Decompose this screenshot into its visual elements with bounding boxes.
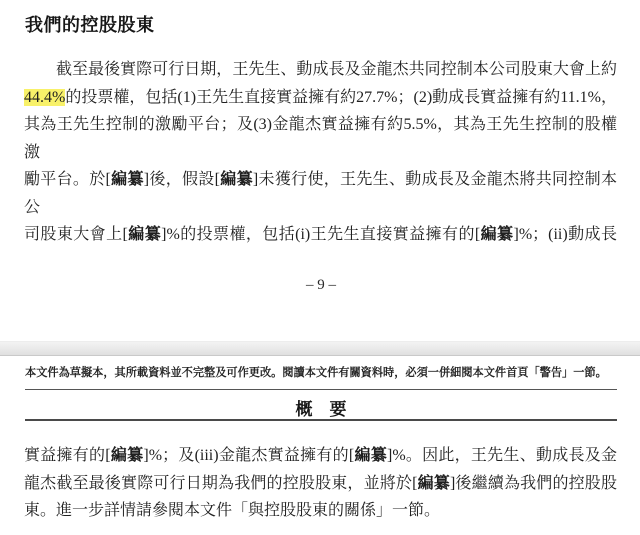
highlighted-voting-percentage: 44.4% (24, 89, 65, 106)
text-segment: 司股東大會上[ (24, 226, 128, 243)
text-line: 東。進一步詳情請參閱本文件「與控股股東的關係」一節。 (24, 497, 617, 525)
text-segment: ]%的投票權，包括(i)王先生直接實益擁有的[ (161, 226, 480, 243)
summary-heading-rule-bottom (25, 419, 617, 421)
prospectus-document-view: 我們的控股股東 截至最後實際可行日期，王先生、動成長及金龍杰共同控制本公司股東大… (0, 0, 640, 535)
paragraph-controlling-shareholders: 截至最後實際可行日期，王先生、動成長及金龍杰共同控制本公司股東大會上約44.4%… (24, 56, 617, 249)
text-segment: ]%；及(iii)金龍杰實益擁有的[ (143, 447, 354, 464)
text-segment: ]後繼續為我們的控股股 (450, 475, 617, 492)
text-segment: 東。進一步詳情請參閱本文件「與控股股東的關係」一節。 (24, 502, 440, 519)
redacted-placeholder: 編纂 (111, 171, 144, 188)
page-divider-band (0, 341, 640, 356)
text-line: 截至最後實際可行日期，王先生、動成長及金龍杰共同控制本公司股東大會上約 (24, 56, 617, 84)
text-segment: 其為王先生控制的激勵平台；及(3)金龍杰實益擁有約5.5%，其為王先生控制的股權… (24, 116, 617, 161)
redacted-placeholder: 編纂 (220, 171, 253, 188)
text-segment: 實益擁有的[ (24, 447, 111, 464)
redacted-placeholder: 編纂 (111, 447, 144, 464)
text-line: 實益擁有的[編纂]%；及(iii)金龍杰實益擁有的[編纂]%。因此，王先生、動成… (24, 442, 617, 470)
page-number: – 9 – (25, 277, 617, 294)
text-segment: 截至最後實際可行日期，王先生、動成長及金龍杰共同控制本公司股東大會上約 (56, 61, 617, 78)
text-segment: 龍杰截至最後實際可行日期為我們的控股股東，並將於[ (24, 475, 417, 492)
paragraph-summary-continuation: 實益擁有的[編纂]%；及(iii)金龍杰實益擁有的[編纂]%。因此，王先生、動成… (24, 442, 617, 525)
text-segment: 勵平台。於[ (24, 171, 111, 188)
text-line: 司股東大會上[編纂]%的投票權，包括(i)王先生直接實益擁有的[編纂]%；(ii… (24, 221, 617, 249)
text-line: 44.4%的投票權，包括(1)王先生直接實益擁有約27.7%；(2)動成長實益擁… (24, 84, 617, 112)
text-line: 龍杰截至最後實際可行日期為我們的控股股東，並將於[編纂]後繼續為我們的控股股 (24, 470, 617, 498)
redacted-placeholder: 編纂 (354, 447, 387, 464)
redacted-placeholder: 編纂 (128, 226, 161, 243)
summary-heading-rule-top (25, 389, 617, 390)
summary-section-heading: 概 要 (25, 395, 617, 420)
text-line: 其為王先生控制的激勵平台；及(3)金龍杰實益擁有約5.5%，其為王先生控制的股權… (24, 111, 617, 166)
redacted-placeholder: 編纂 (480, 226, 513, 243)
text-segment: ]%；(ii)動成長 (513, 226, 616, 243)
draft-document-disclaimer: 本文件為草擬本，其所載資料並不完整及可作更改。閱讀本文件有關資料時，必須一併細閱… (25, 364, 625, 380)
section-heading-controlling-shareholders: 我們的控股股東 (25, 11, 155, 37)
text-line: 勵平台。於[編纂]後，假設[編纂]未獲行使，王先生、動成長及金龍杰將共同控制本公 (24, 166, 617, 221)
redacted-placeholder: 編纂 (417, 475, 450, 492)
text-segment: 的投票權，包括(1)王先生直接實益擁有約27.7%；(2)動成長實益擁有約11.… (65, 89, 617, 106)
text-segment: ]%。因此，王先生、動成長及金 (387, 447, 617, 464)
text-segment: ]後，假設[ (144, 171, 220, 188)
